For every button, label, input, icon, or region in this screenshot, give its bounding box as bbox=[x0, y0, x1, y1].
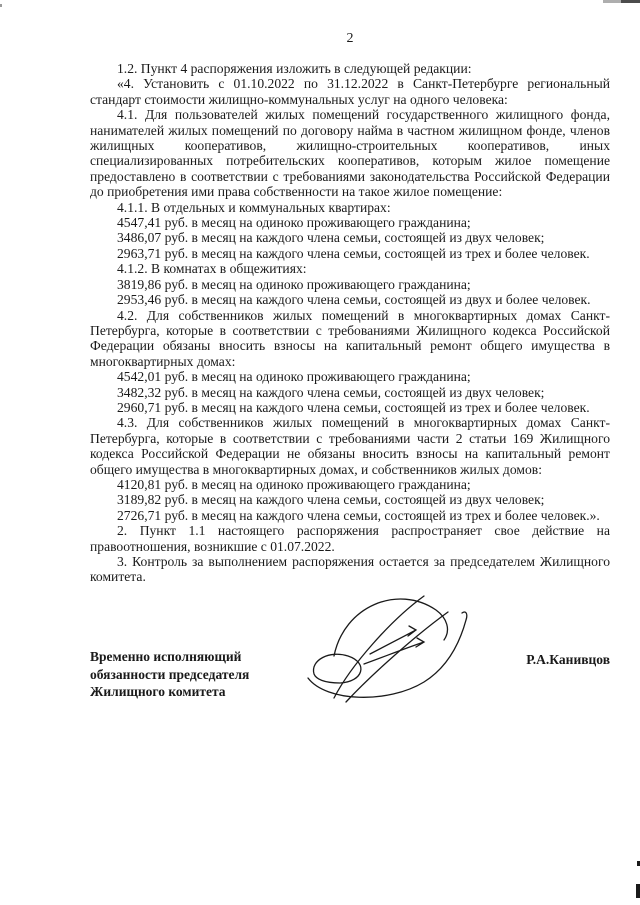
paragraph: 3482,32 руб. в месяц на каждого члена се… bbox=[90, 385, 610, 400]
paragraph: «4. Установить с 01.10.2022 по 31.12.202… bbox=[90, 76, 610, 107]
paragraph: 2. Пункт 1.1 настоящего распоряжения рас… bbox=[90, 523, 610, 554]
paragraph: 4.2. Для собственников жилых помещений в… bbox=[90, 308, 610, 370]
scan-artifact bbox=[0, 4, 2, 7]
paragraph: 4547,41 руб. в месяц на одиноко проживаю… bbox=[90, 215, 610, 230]
paragraph: 3819,86 руб. в месяц на одиноко проживаю… bbox=[90, 277, 610, 292]
paragraph: 3189,82 руб. в месяц на каждого члена се… bbox=[90, 492, 610, 507]
paragraph: 2960,71 руб. в месяц на каждого члена се… bbox=[90, 400, 610, 415]
paragraph: 3486,07 руб. в месяц на каждого члена се… bbox=[90, 230, 610, 245]
signer-title-line: обязанности председателя bbox=[90, 666, 249, 684]
document-body: 1.2. Пункт 4 распоряжения изложить в сле… bbox=[90, 61, 610, 585]
scan-artifact bbox=[603, 0, 621, 3]
paragraph: 1.2. Пункт 4 распоряжения изложить в сле… bbox=[90, 61, 610, 76]
paragraph: 2726,71 руб. в месяц на каждого члена се… bbox=[90, 508, 610, 523]
scan-artifact bbox=[636, 884, 640, 898]
paragraph: 2963,71 руб. в месяц на каждого члена се… bbox=[90, 246, 610, 261]
paragraph: 4.1.2. В комнатах в общежитиях: bbox=[90, 261, 610, 276]
paragraph: 4542,01 руб. в месяц на одиноко проживаю… bbox=[90, 369, 610, 384]
paragraph: 2953,46 руб. в месяц на каждого члена се… bbox=[90, 292, 610, 307]
scan-artifact bbox=[621, 0, 640, 3]
paragraph: 4.1.1. В отдельных и коммунальных кварти… bbox=[90, 200, 610, 215]
document-page: 2 1.2. Пункт 4 распоряжения изложить в с… bbox=[0, 0, 640, 905]
signer-name: Р.А.Канивцов bbox=[90, 652, 610, 668]
paragraph: 4.1. Для пользователей жилых помещений г… bbox=[90, 107, 610, 199]
paragraph: 3. Контроль за выполнением распоряжения … bbox=[90, 554, 610, 585]
signer-title-line: Жилищного комитета bbox=[90, 683, 249, 701]
paragraph: 4120,81 руб. в месяц на одиноко проживаю… bbox=[90, 477, 610, 492]
signature-scribble-icon bbox=[296, 590, 476, 705]
page-number: 2 bbox=[90, 31, 610, 47]
paragraph: 4.3. Для собственников жилых помещений в… bbox=[90, 415, 610, 477]
